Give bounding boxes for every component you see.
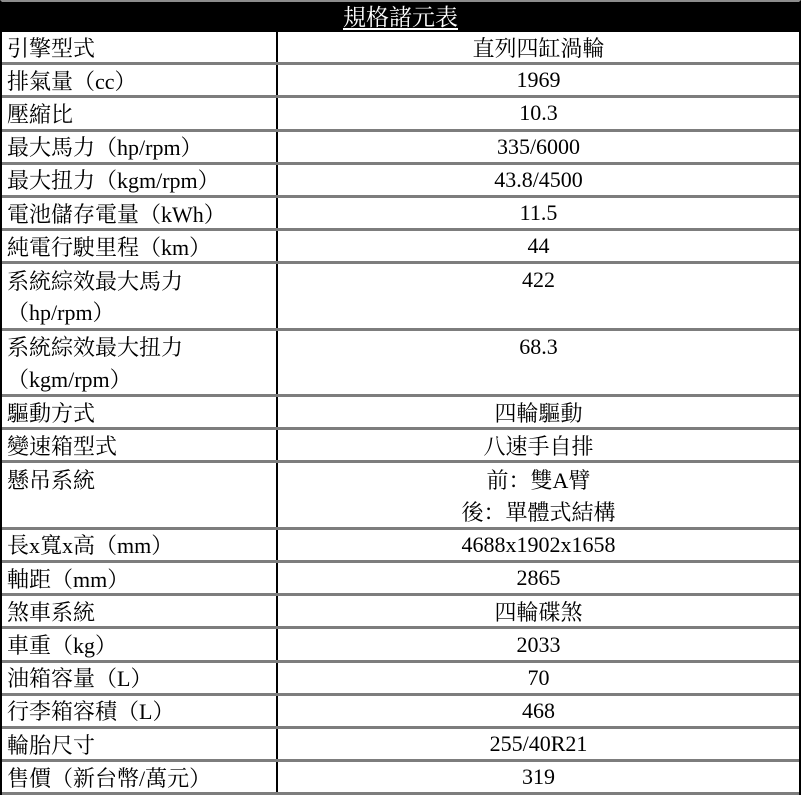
row-value-line: 10.3: [278, 98, 799, 128]
row-value-line: 八速手自排: [278, 430, 799, 460]
row-value-line: 四輪碟煞: [278, 596, 799, 626]
row-label-cell: 油箱容量（L）: [2, 663, 276, 693]
table-row: 電池儲存電量（kWh） 11.5: [2, 198, 799, 231]
row-label-cell: 驅動方式: [2, 397, 276, 427]
row-label-cell: 售價（新台幣/萬元）: [2, 762, 276, 792]
table-row: 壓縮比 10.3: [2, 98, 799, 131]
table-row: 軸距（mm） 2865: [2, 563, 799, 596]
row-value-line: 前：雙A臂: [278, 463, 799, 495]
row-value-cell: 八速手自排: [276, 430, 799, 460]
row-label-cell: 引擎型式: [2, 32, 276, 62]
row-value-line: 直列四缸渦輪: [278, 32, 799, 62]
row-label-line: 煞車系統: [7, 596, 276, 626]
row-value-cell: 335/6000: [276, 132, 799, 162]
row-value-cell: 直列四缸渦輪: [276, 32, 799, 62]
row-label-line: 系統綜效最大扭力: [7, 331, 276, 363]
table-row: 最大扭力（kgm/rpm） 43.8/4500: [2, 165, 799, 198]
row-value-cell: 11.5: [276, 198, 799, 228]
row-value-line: 255/40R21: [278, 729, 799, 759]
row-label-cell: 懸吊系統: [2, 463, 276, 526]
row-value-line: 11.5: [278, 198, 799, 228]
spec-table: 規格諸元表 引擎型式 直列四缸渦輪 排氣量（cc） 1969 壓縮比 10.3 …: [0, 0, 801, 795]
row-value-line: 43.8/4500: [278, 165, 799, 195]
row-label-cell: 車重（kg）: [2, 629, 276, 659]
row-label-line: 壓縮比: [7, 98, 276, 128]
row-label-cell: 系統綜效最大馬力（hp/rpm）: [2, 264, 276, 327]
row-label-cell: 最大馬力（hp/rpm）: [2, 132, 276, 162]
row-label-cell: 電池儲存電量（kWh）: [2, 198, 276, 228]
table-body: 引擎型式 直列四缸渦輪 排氣量（cc） 1969 壓縮比 10.3 最大馬力（h…: [2, 32, 799, 795]
row-value-cell: 319: [276, 762, 799, 792]
row-label-line: 電池儲存電量（kWh）: [7, 198, 276, 228]
row-label-line: 系統綜效最大馬力: [7, 264, 276, 296]
table-row: 系統綜效最大馬力（hp/rpm） 422: [2, 264, 799, 330]
row-label-line: （kgm/rpm）: [7, 362, 276, 394]
row-value-cell: 422: [276, 264, 799, 327]
row-value-cell: 43.8/4500: [276, 165, 799, 195]
row-label-cell: 系統綜效最大扭力（kgm/rpm）: [2, 331, 276, 394]
table-row: 車重（kg） 2033: [2, 629, 799, 662]
table-row: 變速箱型式 八速手自排: [2, 430, 799, 463]
row-value-line: 468: [278, 696, 799, 726]
row-label-line: 懸吊系統: [7, 463, 276, 495]
row-label-cell: 輪胎尺寸: [2, 729, 276, 759]
row-value-line: 335/6000: [278, 132, 799, 162]
row-label-cell: 排氣量（cc）: [2, 65, 276, 95]
row-label-cell: 長x寬x高（mm）: [2, 530, 276, 560]
row-value-line: 319: [278, 762, 799, 792]
table-row: 長x寬x高（mm） 4688x1902x1658: [2, 530, 799, 563]
row-value-line: 68.3: [278, 331, 799, 363]
row-value-cell: 1969: [276, 65, 799, 95]
row-value-cell: 10.3: [276, 98, 799, 128]
table-row: 純電行駛里程（km） 44: [2, 231, 799, 264]
table-title: 規格諸元表: [343, 6, 458, 29]
row-label-line: （hp/rpm）: [7, 296, 276, 328]
table-row: 油箱容量（L） 70: [2, 663, 799, 696]
row-value-line: 70: [278, 663, 799, 693]
row-label-line: 行李箱容積（L）: [7, 696, 276, 726]
row-value-cell: 四輪碟煞: [276, 596, 799, 626]
row-value-cell: 4688x1902x1658: [276, 530, 799, 560]
table-row: 排氣量（cc） 1969: [2, 65, 799, 98]
row-label-line: 輪胎尺寸: [7, 729, 276, 759]
row-value-line: 4688x1902x1658: [278, 530, 799, 560]
row-label-cell: 壓縮比: [2, 98, 276, 128]
row-value-cell: 四輪驅動: [276, 397, 799, 427]
row-value-line: 後：單體式結構: [278, 495, 799, 527]
row-label-line: 變速箱型式: [7, 430, 276, 460]
row-label-line: 長x寬x高（mm）: [7, 530, 276, 560]
row-value-cell: 468: [276, 696, 799, 726]
row-value-line: 四輪驅動: [278, 397, 799, 427]
row-label-line: 油箱容量（L）: [7, 663, 276, 693]
row-value-cell: 前：雙A臂後：單體式結構: [276, 463, 799, 526]
row-label-line: 車重（kg）: [7, 629, 276, 659]
row-value-cell: 70: [276, 663, 799, 693]
row-value-line: [278, 362, 799, 394]
table-row: 懸吊系統 前：雙A臂後：單體式結構: [2, 463, 799, 529]
row-label-cell: 行李箱容積（L）: [2, 696, 276, 726]
row-label-cell: 煞車系統: [2, 596, 276, 626]
row-value-line: 1969: [278, 65, 799, 95]
row-value-line: 422: [278, 264, 799, 296]
row-value-cell: 68.3: [276, 331, 799, 394]
row-value-cell: 255/40R21: [276, 729, 799, 759]
row-label-line: 純電行駛里程（km）: [7, 231, 276, 261]
table-row: 煞車系統 四輪碟煞: [2, 596, 799, 629]
row-value-cell: 2033: [276, 629, 799, 659]
row-label-line: 引擎型式: [7, 32, 276, 62]
row-value-cell: 44: [276, 231, 799, 261]
row-label-cell: 純電行駛里程（km）: [2, 231, 276, 261]
row-value-line: 44: [278, 231, 799, 261]
table-row: 系統綜效最大扭力（kgm/rpm） 68.3: [2, 331, 799, 397]
row-value-line: 2033: [278, 629, 799, 659]
row-label-line: 驅動方式: [7, 397, 276, 427]
table-row: 售價（新台幣/萬元） 319: [2, 762, 799, 795]
table-row: 引擎型式 直列四缸渦輪: [2, 32, 799, 65]
row-label-cell: 變速箱型式: [2, 430, 276, 460]
table-row: 行李箱容積（L） 468: [2, 696, 799, 729]
table-row: 最大馬力（hp/rpm） 335/6000: [2, 132, 799, 165]
row-value-line: [278, 296, 799, 328]
row-label-line: 軸距（mm）: [7, 563, 276, 593]
row-label-line: 排氣量（cc）: [7, 65, 276, 95]
row-label-line: [7, 495, 276, 527]
table-row: 驅動方式 四輪驅動: [2, 397, 799, 430]
row-label-cell: 軸距（mm）: [2, 563, 276, 593]
row-label-cell: 最大扭力（kgm/rpm）: [2, 165, 276, 195]
row-label-line: 最大馬力（hp/rpm）: [7, 132, 276, 162]
table-row: 輪胎尺寸 255/40R21: [2, 729, 799, 762]
row-value-line: 2865: [278, 563, 799, 593]
row-value-cell: 2865: [276, 563, 799, 593]
table-title-bar: 規格諸元表: [2, 2, 799, 32]
row-label-line: 售價（新台幣/萬元）: [7, 762, 276, 792]
row-label-line: 最大扭力（kgm/rpm）: [7, 165, 276, 195]
